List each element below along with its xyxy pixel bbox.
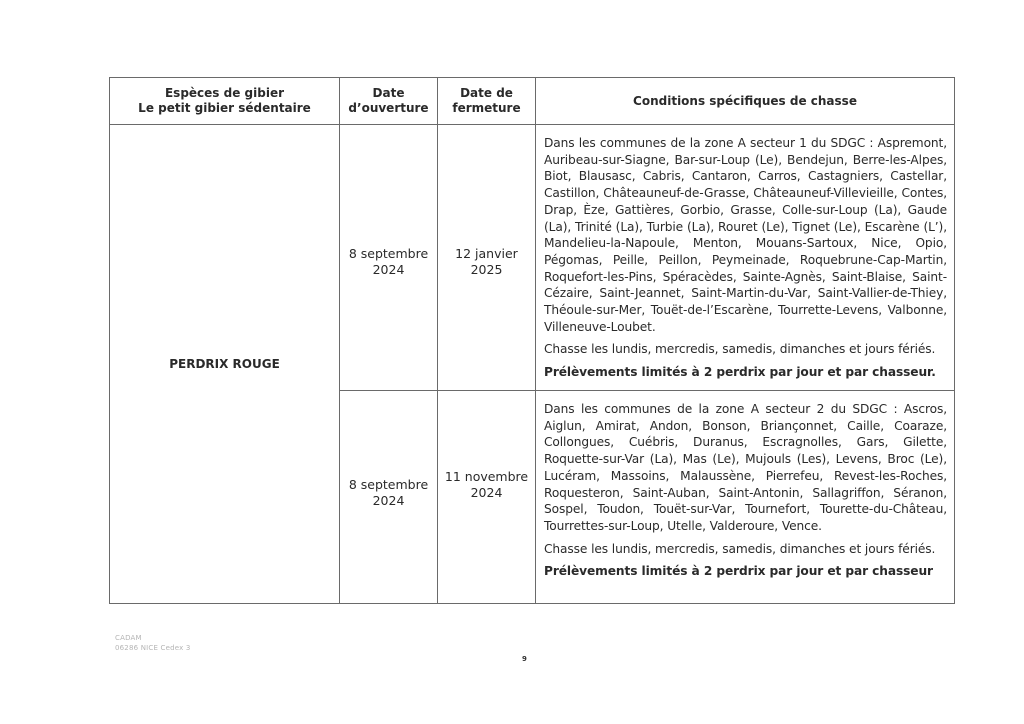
closing-date-line2: 2024 bbox=[438, 485, 535, 501]
hunting-days-text: Chasse les lundis, mercredis, samedis, d… bbox=[544, 341, 947, 358]
document-page: Espèces de gibier Le petit gibier sédent… bbox=[0, 0, 1024, 724]
header-species-line1: Espèces de gibier bbox=[110, 86, 339, 101]
footer-organization: CADAM 06286 NICE Cedex 3 bbox=[115, 633, 191, 653]
hunting-season-table: Espèces de gibier Le petit gibier sédent… bbox=[109, 77, 955, 604]
species-cell: PERDRIX ROUGE bbox=[110, 125, 340, 604]
opening-date-line2: 2024 bbox=[340, 262, 437, 278]
table-header-row: Espèces de gibier Le petit gibier sédent… bbox=[110, 78, 955, 125]
header-closing-date: Date de fermeture bbox=[438, 78, 536, 125]
footer-org-name: CADAM bbox=[115, 633, 191, 643]
opening-date-cell: 8 septembre 2024 bbox=[340, 391, 438, 604]
opening-date-line1: 8 septembre bbox=[340, 246, 437, 262]
header-conditions: Conditions spécifiques de chasse bbox=[536, 78, 955, 125]
table-row: PERDRIX ROUGE 8 septembre 2024 12 janvie… bbox=[110, 125, 955, 391]
bag-limit-text: Prélèvements limités à 2 perdrix par jou… bbox=[544, 364, 947, 381]
page-number: 9 bbox=[522, 655, 527, 663]
header-closing-line2: fermeture bbox=[438, 101, 535, 116]
opening-date-line1: 8 septembre bbox=[340, 477, 437, 493]
closing-date-line2: 2025 bbox=[438, 262, 535, 278]
zone-communes-text: Dans les communes de la zone A secteur 2… bbox=[544, 401, 947, 535]
footer-org-address: 06286 NICE Cedex 3 bbox=[115, 643, 191, 653]
closing-date-line1: 11 novembre bbox=[438, 469, 535, 485]
hunting-days-text: Chasse les lundis, mercredis, samedis, d… bbox=[544, 541, 947, 558]
zone-communes-text: Dans les communes de la zone A secteur 1… bbox=[544, 135, 947, 335]
header-opening-line2: d’ouverture bbox=[340, 101, 437, 116]
header-opening-line1: Date bbox=[340, 86, 437, 101]
header-closing-line1: Date de bbox=[438, 86, 535, 101]
opening-date-cell: 8 septembre 2024 bbox=[340, 125, 438, 391]
closing-date-cell: 12 janvier 2025 bbox=[438, 125, 536, 391]
conditions-cell: Dans les communes de la zone A secteur 1… bbox=[536, 125, 955, 391]
closing-date-cell: 11 novembre 2024 bbox=[438, 391, 536, 604]
header-opening-date: Date d’ouverture bbox=[340, 78, 438, 125]
closing-date-line1: 12 janvier bbox=[438, 246, 535, 262]
bag-limit-text: Prélèvements limités à 2 perdrix par jou… bbox=[544, 563, 947, 580]
header-species-line2: Le petit gibier sédentaire bbox=[110, 101, 339, 116]
opening-date-line2: 2024 bbox=[340, 493, 437, 509]
conditions-cell: Dans les communes de la zone A secteur 2… bbox=[536, 391, 955, 604]
header-species: Espèces de gibier Le petit gibier sédent… bbox=[110, 78, 340, 125]
